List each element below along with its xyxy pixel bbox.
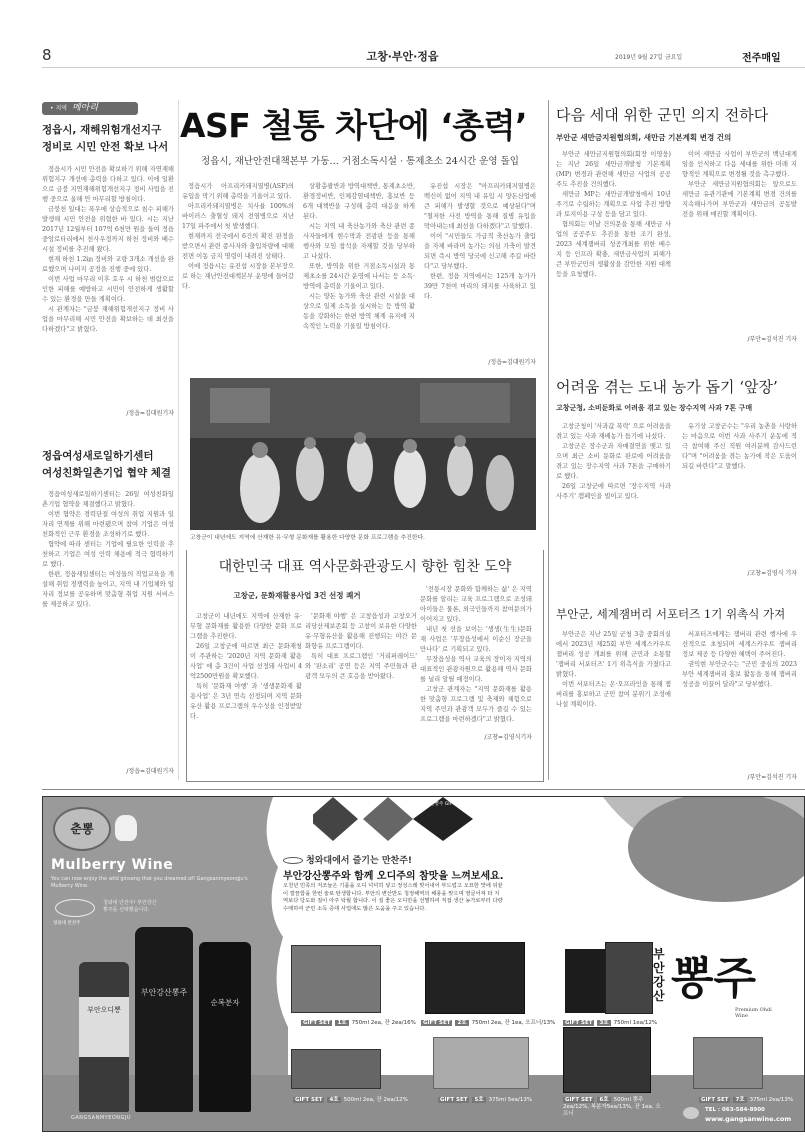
column-divider xyxy=(178,100,179,780)
right-article2-headline: 어려움 겪는 도내 농가 돕기 ‘앞장’ xyxy=(556,376,801,397)
bluehouse-icon xyxy=(283,857,303,864)
gift-set-1-label: GIFT SET1호750ml 2ea, 잔 2ea/16% xyxy=(301,1018,416,1026)
gift-set-4-label: GIFT SET4호500ml 2ea, 잔 2ea/12% xyxy=(293,1095,408,1103)
gift-set-3-box xyxy=(605,942,653,1014)
right-article2-body-col1: 고창군청이 '사과값 폭락' 으로 어려움을 겪고 있는 사과 재배농가 돕기에… xyxy=(556,422,671,567)
brand-title: Mulberry Wine xyxy=(51,857,173,873)
newspaper-name: 전주매일 xyxy=(742,49,781,64)
section-title: 고창·부안·정읍 xyxy=(0,48,805,64)
header-rule xyxy=(42,67,805,68)
ad-headline-line1: 청와대에서 즐기는 만찬주! xyxy=(283,853,412,866)
gift-set-1-image xyxy=(291,945,381,1013)
ad-body: 오천년 민족의 저조늘은 기품을 오디 넉넉히 넣고 정성스레 빚어내어 부드럽… xyxy=(283,883,503,913)
area-echo-tag: • 지역 메아리 xyxy=(42,102,138,115)
photo-article-frame xyxy=(186,550,544,782)
gift-set-3-label: GIFT SET3호750ml 1ea/12% xyxy=(563,1018,657,1026)
gift-set-6-image xyxy=(563,1027,651,1093)
brand-tagline: You can now enjoy the wild ginseng that … xyxy=(51,876,251,890)
right-article3-body-col1: 부안군은 지난 25일 군청 3층 중회의실에서 2023년 제25회 부안 세… xyxy=(556,630,671,775)
right-article1-body-col2: 이어 새만금 사업이 부안군의 백년대계임을 인식하고 다음 세대를 위한 미래… xyxy=(682,150,797,330)
gift-set-2-label: GIFT SET2호750ml 2ea, 잔 1ea, 오프너/13% xyxy=(421,1018,555,1026)
brand-big-text: 뽕주 xyxy=(671,942,756,1006)
main-headline: ASF 철통 차단에 ‘총력’ xyxy=(180,100,527,147)
gift-set-7-label: GIFT SET7호375ml 2ea/13% xyxy=(699,1095,793,1103)
gift-set-2-image xyxy=(425,942,525,1014)
gift-set-6-label: GIFT SET6호500ml 뽕주2ea/12%, 복분자5ea/13%, 잔… xyxy=(563,1097,663,1118)
gift-set-5-label: GIFT SET5호375ml 5ea/13% xyxy=(438,1095,532,1103)
main-body-col1: 정읍시가 아프리카돼지열병(ASF)의 유입을 막기 위해 총력을 기울이고 있… xyxy=(182,182,294,372)
left-article1-headline: 정읍시, 재해위험개선지구 정비로 시민 안전 확보 나서 xyxy=(42,122,177,156)
gangsan-bottom-logo: GANGSANMYEONGJU xyxy=(71,1115,131,1121)
right-article3-headline: 부안군, 세계잼버리 서포터즈 1기 위촉식 가져 xyxy=(556,606,801,622)
festival-photo xyxy=(190,378,536,530)
main-subheadline: 정읍시, 재난안전대책본부 가동… 거점소독시설 · 통제초소 24시간 운영 … xyxy=(180,153,540,167)
publication-date: 2019년 9월 27일 금요일 xyxy=(615,52,682,61)
right-article1-body-col1: 부안군 새만금지원협의회(회장 이영웅)는 지난 26일 새만금개발청 기본계획… xyxy=(556,150,671,330)
right-article3-body-col2: 서포터즈에게는 잼버리 관련 행사에 우선적으로 초청되며 세계스카우트 잼버리… xyxy=(682,630,797,770)
right-article3-byline: /부안=김석진 기자 xyxy=(682,772,797,781)
main-byline: /정읍=김대원기자 xyxy=(424,357,536,366)
right-article1-subheadline: 부안군 새만금지원협의회, 새만금 기본계획 변경 건의 xyxy=(556,132,801,143)
left-article2-headline: 정읍여성새로일하기센터 여성친화일촌기업 협약 체결 xyxy=(42,448,177,482)
right-article1-headline: 다음 세대 위한 군민 의지 전하다 xyxy=(556,104,801,125)
ad-website[interactable]: www.gangsanwine.com xyxy=(705,1115,791,1123)
ad-headline-line2: 부안강산뽕주와 함께 오디주의 참맛을 느껴보세요. xyxy=(283,867,504,882)
bluehouse-emblem-icon xyxy=(55,899,95,917)
right-article2-byline: /고창=김영식 기자 xyxy=(682,568,797,577)
main-body-col2: 상황총괄반과 방역대책반, 통제초소반, 환경정비반, 인체감염대책반, 홍보반… xyxy=(303,182,415,372)
ad-separator xyxy=(42,789,805,790)
right-article1-byline: /부안=김석진 기자 xyxy=(682,334,797,343)
chunppong-logo: 춘뽕 xyxy=(53,807,111,851)
left-article1-byline: /정읍=김대원기자 xyxy=(42,408,174,417)
tag-bullet-icon: • xyxy=(50,105,54,112)
left-article1-body: 정읍시가 시민 안전을 확보하기 위해 자연재해위험지구 개선에 총력을 다하고… xyxy=(42,165,174,405)
premium-label: Premium Ohdi Wine xyxy=(735,1007,775,1019)
gift-set-4-image xyxy=(291,1049,381,1089)
gift-set-5-image xyxy=(433,1037,529,1089)
main-body-col3: 유진섭 시장은 "아프리카돼지열병은 백신이 없어 지역 내 유입 시 양돈산업… xyxy=(424,182,536,357)
gift-set-7-image xyxy=(693,1037,763,1089)
mulberry-wine-advertisement[interactable]: 춘뽕 Mulberry Wine You can now enjoy the w… xyxy=(42,796,805,1132)
bottle-gangsan: 부안강산뽕주 xyxy=(135,927,193,1112)
brand-vertical-text: 부안강산 xyxy=(653,947,667,1003)
bottle-odi: 부안오디뽕 xyxy=(79,962,129,1112)
bluehouse-caption: 청와대 만찬주 xyxy=(53,920,81,926)
gift-set-badge: 부안강산뽕주 GIFT SET xyxy=(411,801,471,807)
right-article2-body-col2: 유기상 고창군수는 "우리 농촌을 사랑하는 마음으로 이번 사과 사주기 운동… xyxy=(682,422,797,567)
bottle-bokbunja: 순복분자 xyxy=(199,942,251,1112)
left-article2-body: 정읍여성새로일하기센터는 26일 여성친화일촌기업 협약을 체결했다고 밝혔다.… xyxy=(42,490,174,760)
bluehouse-text: 청와대 만찬주! 부안강산뽕주를 선택했습니다. xyxy=(103,900,158,914)
mascot-icon xyxy=(115,815,137,841)
left-article2-byline: /정읍=김대원기자 xyxy=(42,766,174,775)
ad-telephone: TEL : 063-584-8900 xyxy=(705,1107,765,1113)
right-article2-subheadline: 고창군청, 소비둔화로 어려움 겪고 있는 장수지역 사과 7톤 구매 xyxy=(556,403,801,413)
company-logo-icon xyxy=(683,1107,699,1119)
procession-photo-illustration xyxy=(190,378,536,530)
right-column-divider xyxy=(548,100,549,780)
photo-caption: 고창군이 내년에도 지역에 산재한 유·무형 문화재를 활용한 다양한 문화 프… xyxy=(190,532,536,541)
